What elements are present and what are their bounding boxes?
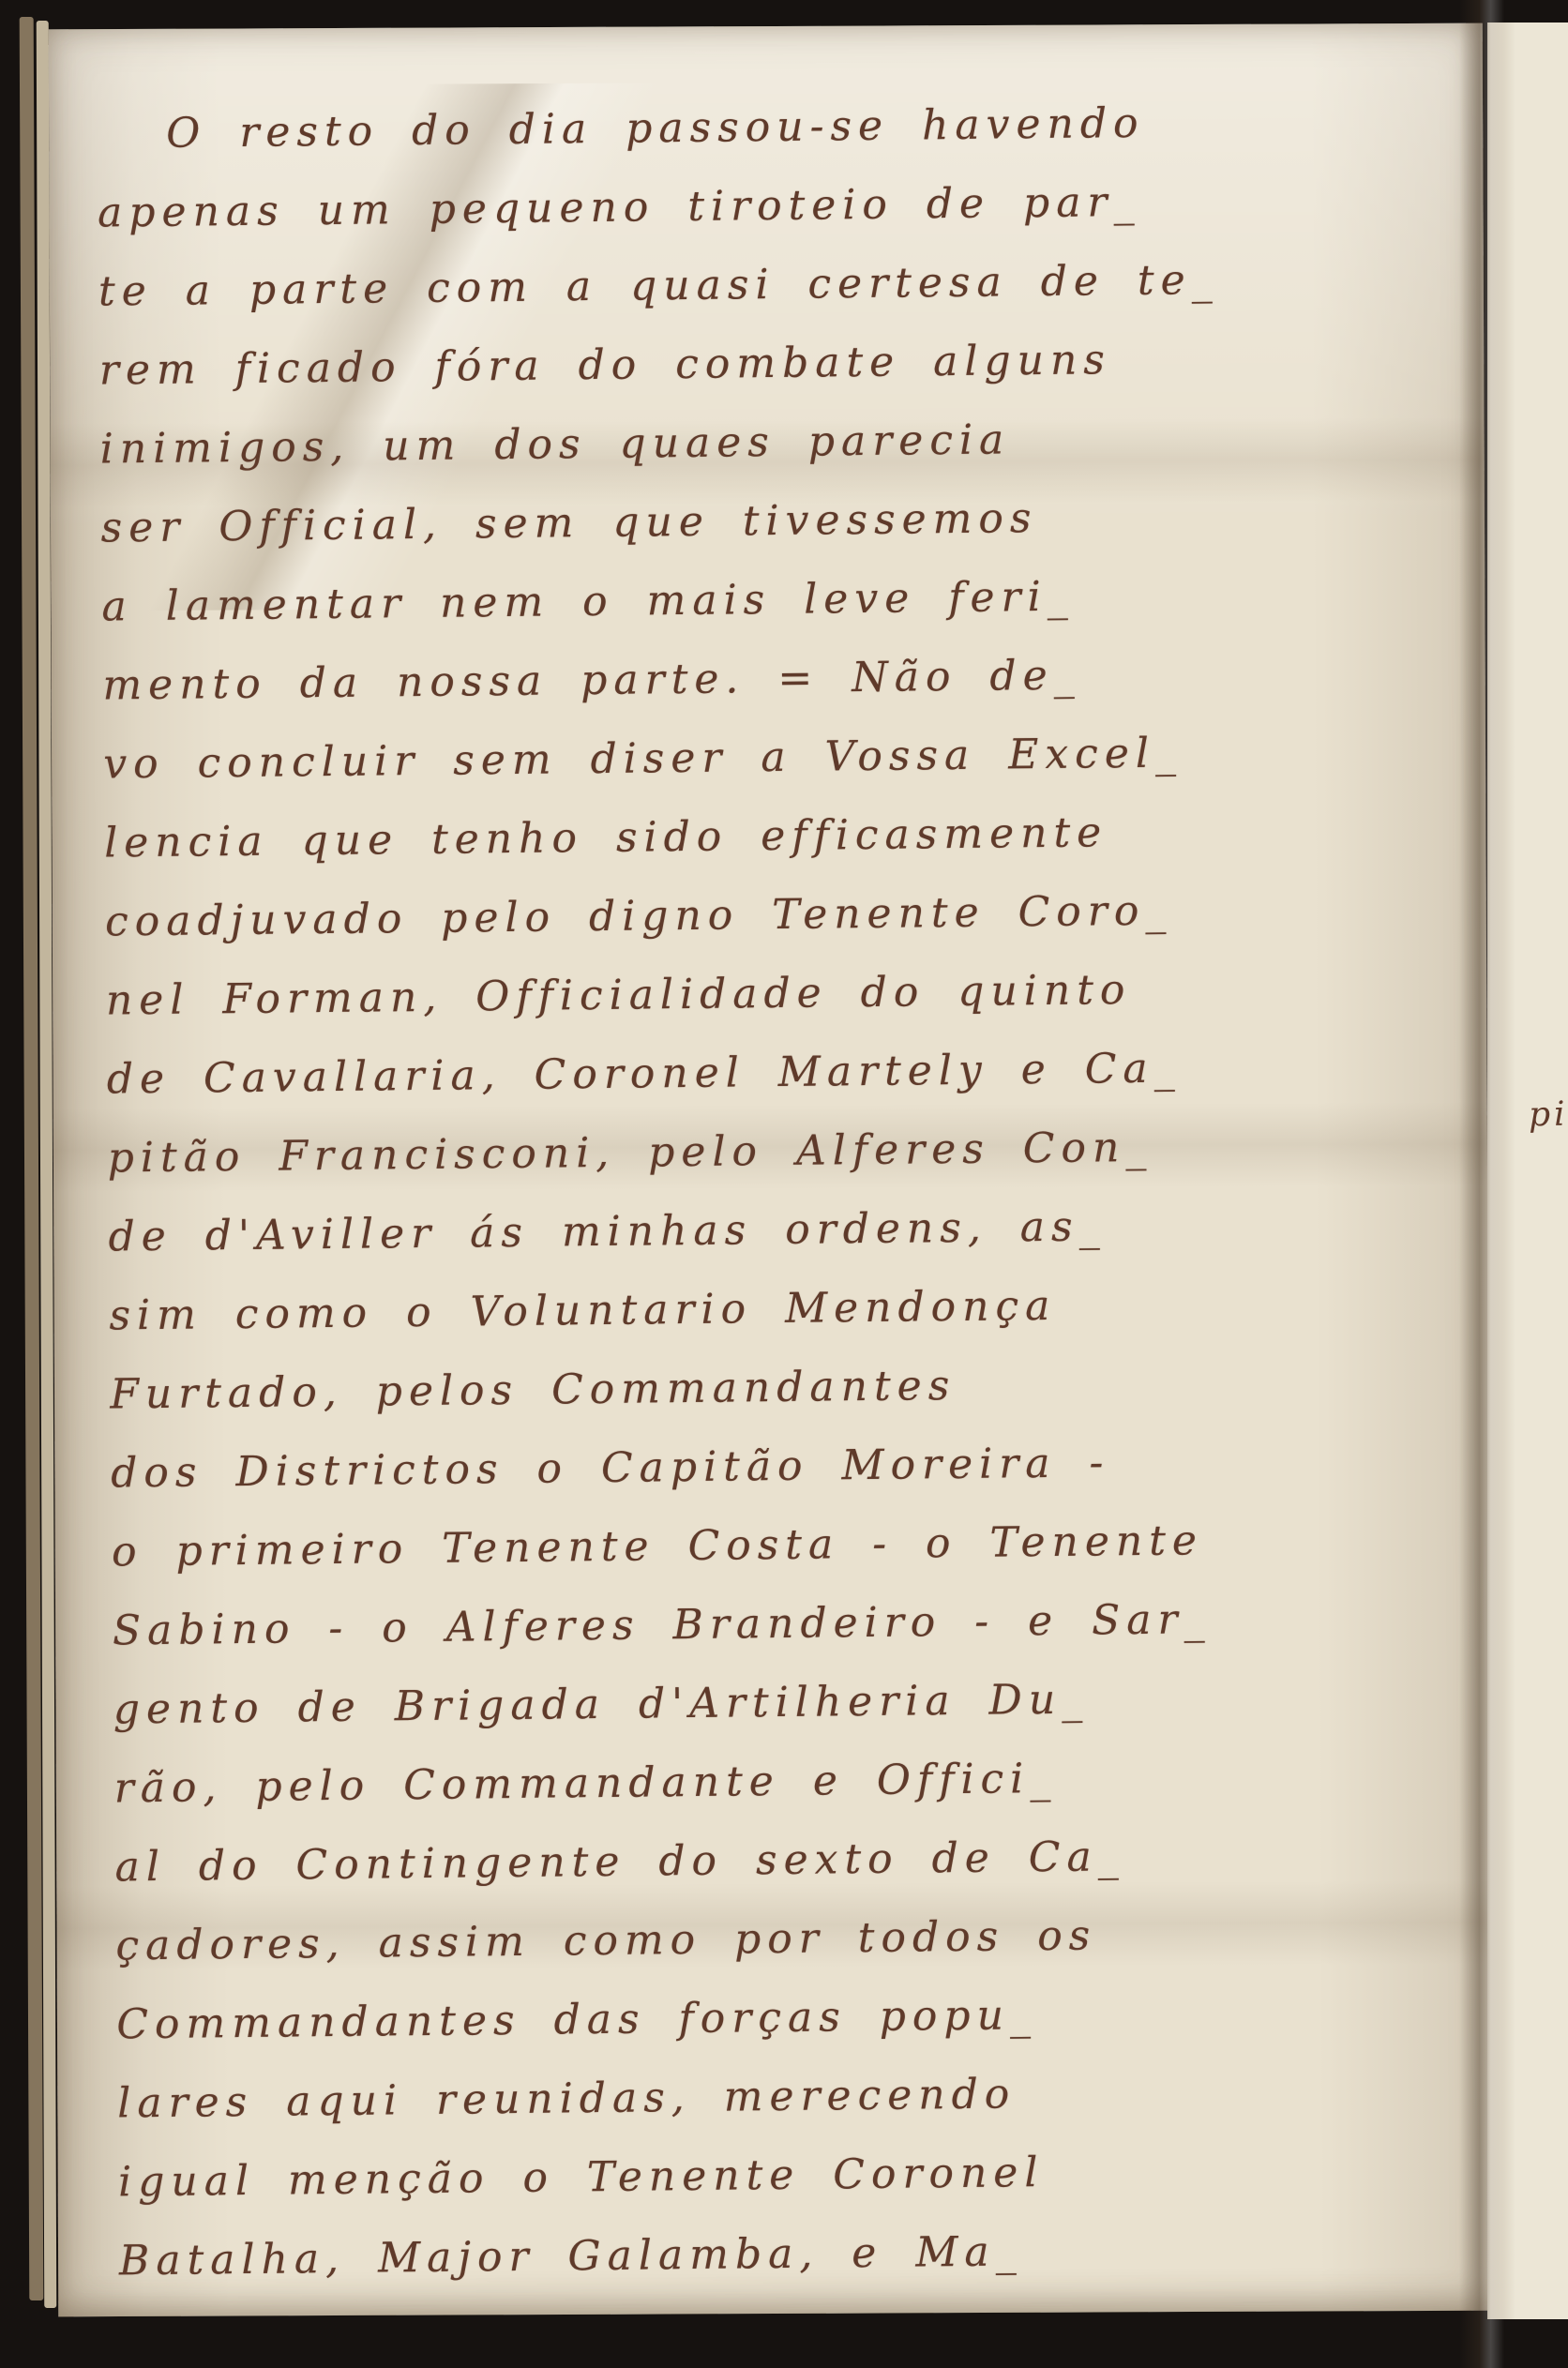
manuscript-line: a lamentar nem o mais leve feri_ xyxy=(101,553,1454,646)
manuscript-line: Sabino - o Alferes Brandeiro - e Sar_ xyxy=(113,1577,1465,1670)
manuscript-line: te a parte com a quasi certesa de te_ xyxy=(98,238,1451,331)
adjacent-page xyxy=(1487,23,1568,2319)
manuscript-line: rão, pelo Commandante e Offici_ xyxy=(113,1735,1466,1828)
manuscript-line: mento da nossa parte. = Não de_ xyxy=(102,632,1455,725)
manuscript-line: o primeiro Tenente Costa - o Tenente xyxy=(112,1499,1464,1591)
manuscript-line: çadores, assim como por todos os xyxy=(115,1893,1468,1985)
manuscript-line: gento de Brigada d'Artilheria Du_ xyxy=(113,1656,1465,1749)
manuscript-page: O resto do dia passou-se havendoapenas u… xyxy=(49,23,1493,2317)
manuscript-line: coadjuvado pelo digno Tenente Coro_ xyxy=(105,868,1457,961)
manuscript-line: lares aqui reunidas, merecendo xyxy=(117,2050,1470,2143)
manuscript-line: de d'Aviller ás minhas ordens, as_ xyxy=(108,1184,1460,1276)
manuscript-line: igual menção o Tenente Coronel xyxy=(118,2129,1470,2222)
manuscript-line: Furtado, pelos Commandantes xyxy=(110,1341,1462,1434)
manuscript-line: O resto do dia passou-se havendo xyxy=(97,81,1449,173)
manuscript-line: rem ficado fóra do combate alguns xyxy=(98,317,1451,410)
manuscript-line: apenas um pequeno tiroteio de par_ xyxy=(98,159,1450,252)
manuscript-line: al do Contingente do sexto de Ca_ xyxy=(114,1814,1467,1907)
adjacent-page-text-fragment: pi xyxy=(1529,1095,1568,1135)
manuscript-line: lencia que tenho sido efficasmente xyxy=(104,790,1456,882)
manuscript-line: Batalha, Major Galamba, e Ma_ xyxy=(119,2208,1471,2300)
photo-background: O resto do dia passou-se havendoapenas u… xyxy=(0,0,1568,2368)
manuscript-line: inimigos, um dos quaes parecia xyxy=(99,396,1452,489)
manuscript-line: ser Official, sem que tivessemos xyxy=(100,475,1453,567)
manuscript-line: de Cavallaria, Coronel Martely e Ca_ xyxy=(106,1026,1458,1119)
manuscript-line: dos Districtos o Capitão Moreira - xyxy=(111,1420,1463,1513)
manuscript-text: O resto do dia passou-se havendoapenas u… xyxy=(97,81,1471,2300)
manuscript-line: Commandantes das forças popu_ xyxy=(116,1971,1469,2064)
manuscript-line: pitão Francisconi, pelo Alferes Con_ xyxy=(107,1105,1459,1198)
manuscript-line: nel Forman, Officialidade do quinto xyxy=(105,947,1457,1040)
manuscript-line: sim como o Voluntario Mendonça xyxy=(109,1262,1461,1355)
manuscript-line: vo concluir sem diser a Vossa Excel_ xyxy=(103,711,1455,804)
